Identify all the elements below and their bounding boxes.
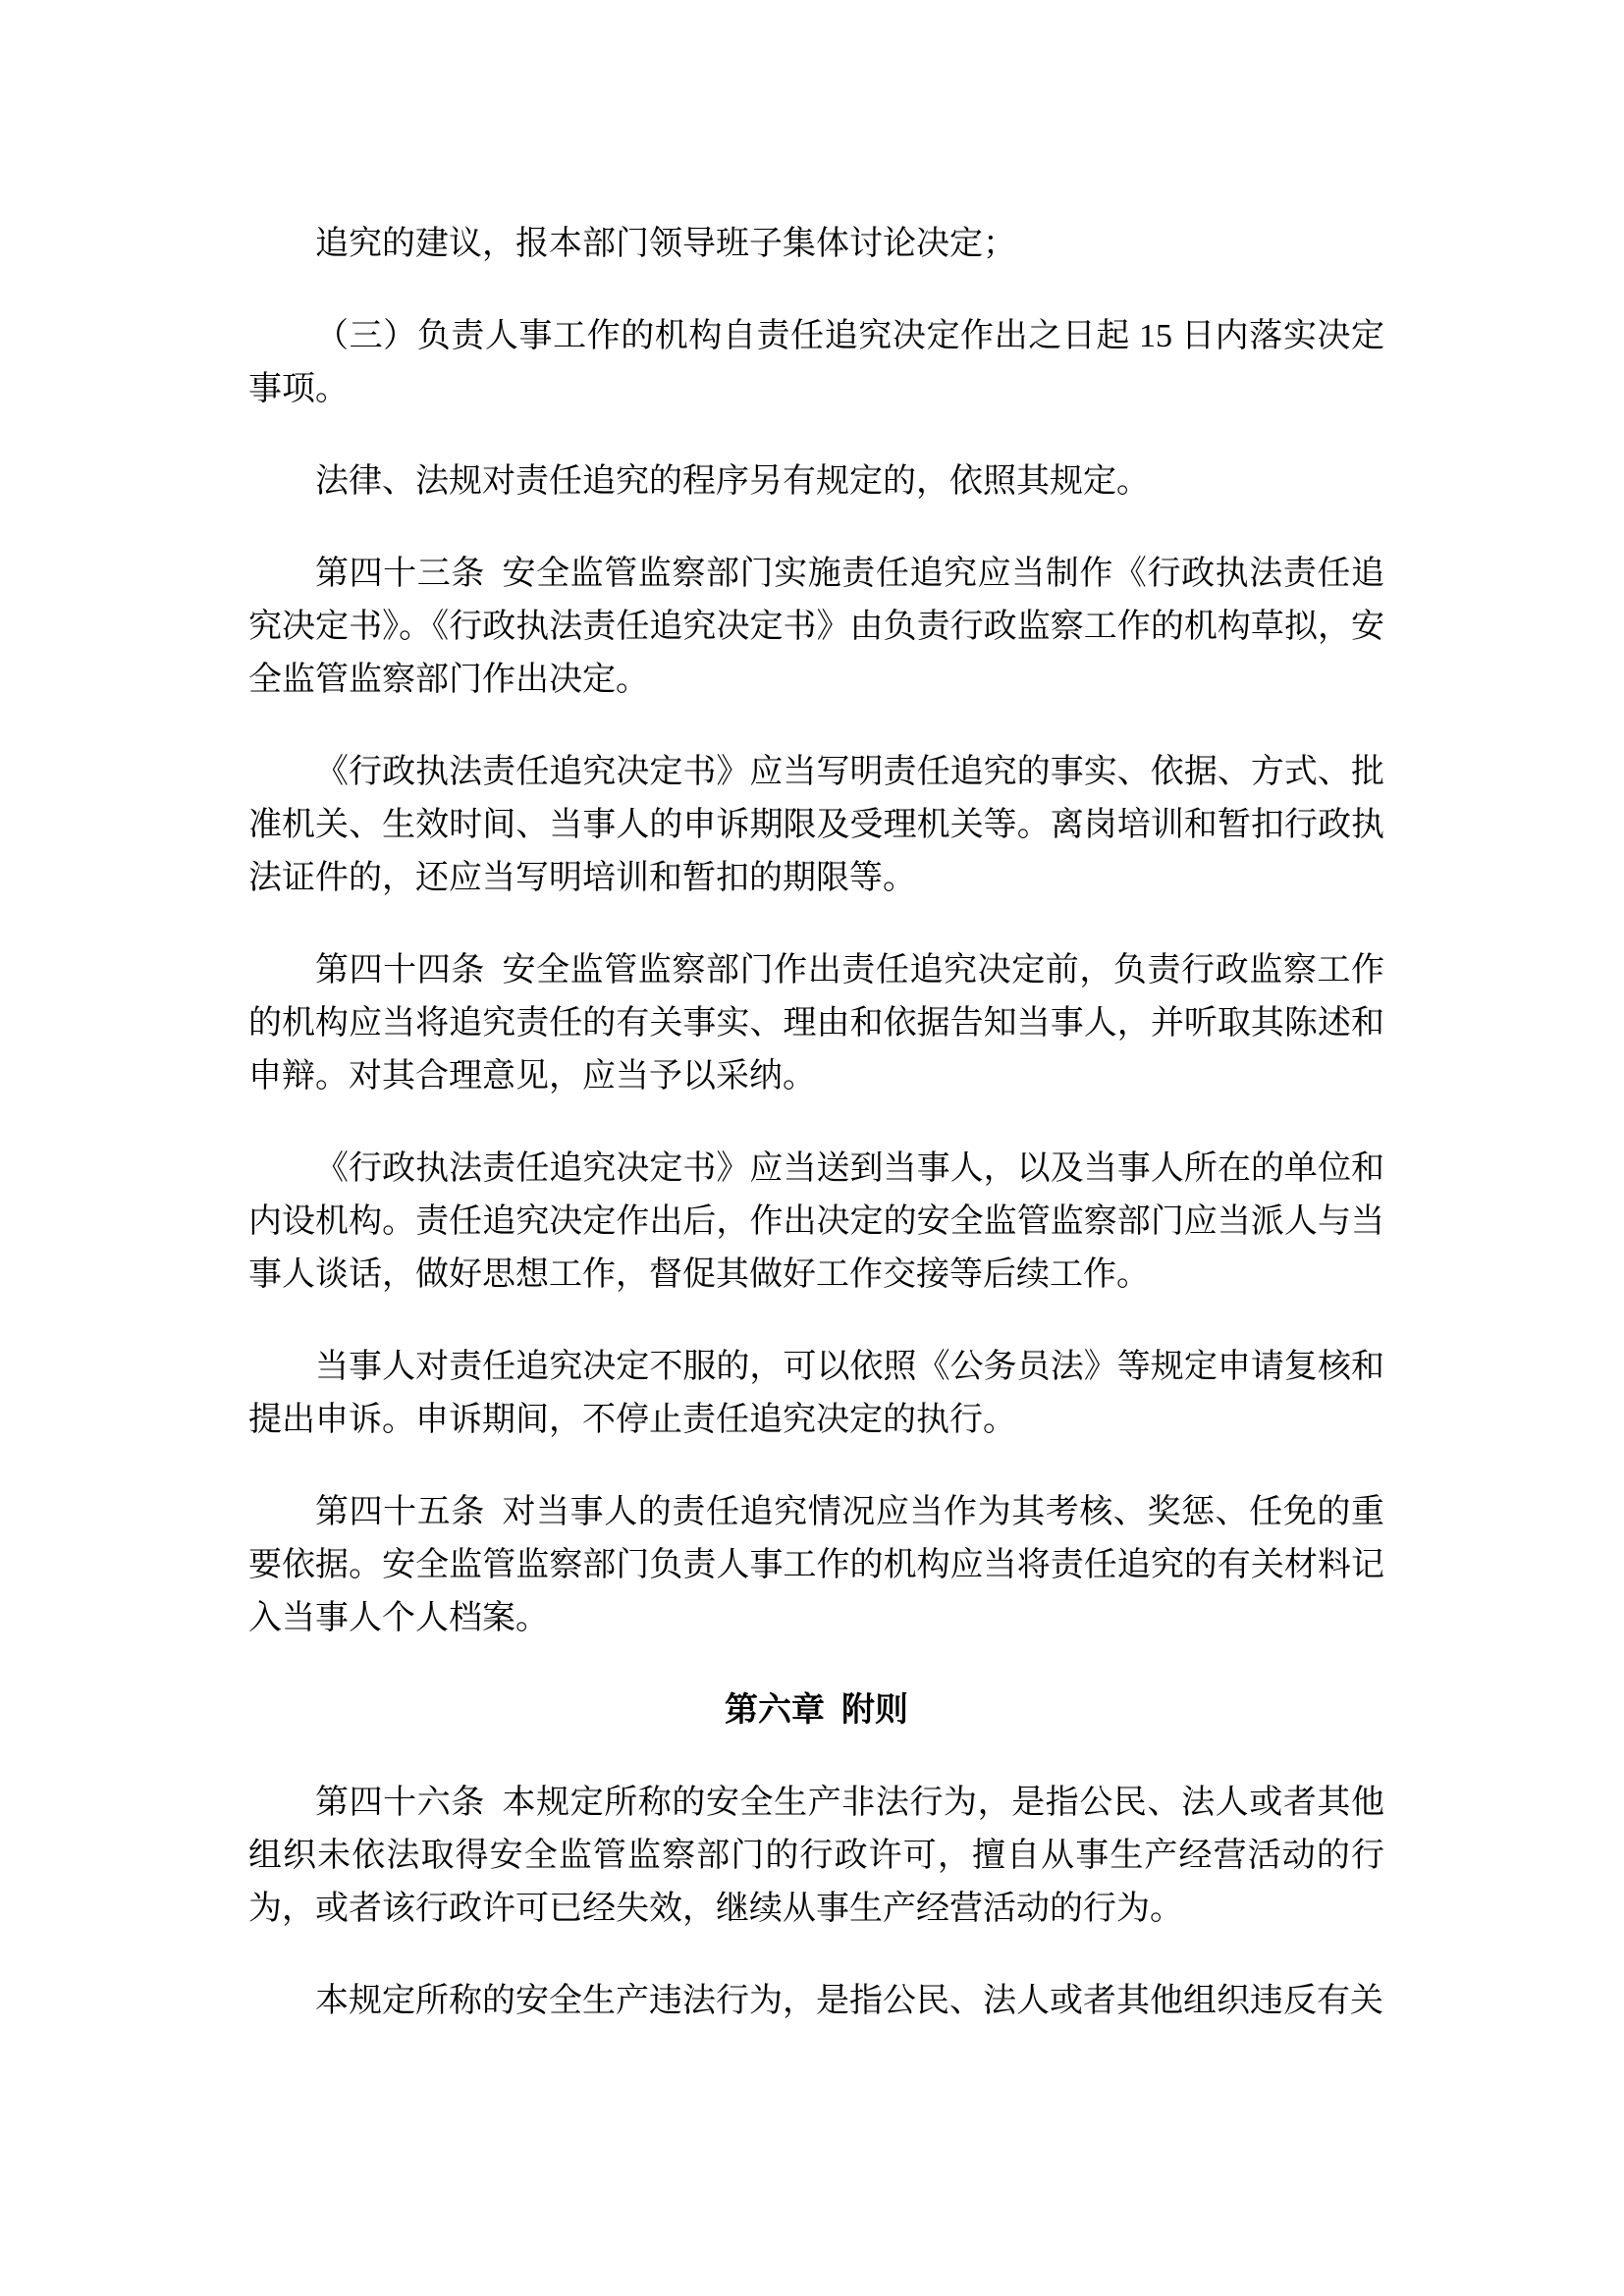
paragraph-carryover: 追究的建议，报本部门领导班子集体讨论决定； [248,218,1384,271]
page-body: 追究的建议，报本部门领导班子集体讨论决定； （三）负责人事工作的机构自责任追究决… [248,218,1384,2028]
paragraph-appeal: 当事人对责任追究决定不服的，可以依照《公务员法》等规定申请复核和提出申诉。申诉期… [248,1341,1384,1447]
paragraph-article-46: 第四十六条 本规定所称的安全生产非法行为，是指公民、法人或者其他组织未依法取得安… [248,1777,1384,1936]
paragraph-laws-regulations: 法律、法规对责任追究的程序另有规定的，依照其规定。 [248,455,1384,508]
paragraph-article-45: 第四十五条 对当事人的责任追究情况应当作为其考核、奖惩、任免的重要依据。安全监管… [248,1486,1384,1645]
paragraph-article-44: 第四十四条 安全监管监察部门作出责任追究决定前，负责行政监察工作的机构应当将追究… [248,944,1384,1103]
chapter-heading: 第六章 附则 [248,1684,1384,1737]
document-page: 追究的建议，报本部门领导班子集体讨论决定； （三）负责人事工作的机构自责任追究决… [0,0,1624,2296]
paragraph-article-43: 第四十三条 安全监管监察部门实施责任追究应当制作《行政执法责任追究决定书》。《行… [248,548,1384,707]
paragraph-item-three: （三）负责人事工作的机构自责任追究决定作出之日起 15 日内落实决定事项。 [248,310,1384,416]
paragraph-decision-letter-contents: 《行政执法责任追究决定书》应当写明责任追究的事实、依据、方式、批准机关、生效时间… [248,746,1384,905]
paragraph-decision-letter-delivery: 《行政执法责任追究决定书》应当送到当事人，以及当事人所在的单位和内设机构。责任追… [248,1143,1384,1302]
paragraph-illegal-acts: 本规定所称的安全生产违法行为，是指公民、法人或者其他组织违反有关 [248,1975,1384,2028]
